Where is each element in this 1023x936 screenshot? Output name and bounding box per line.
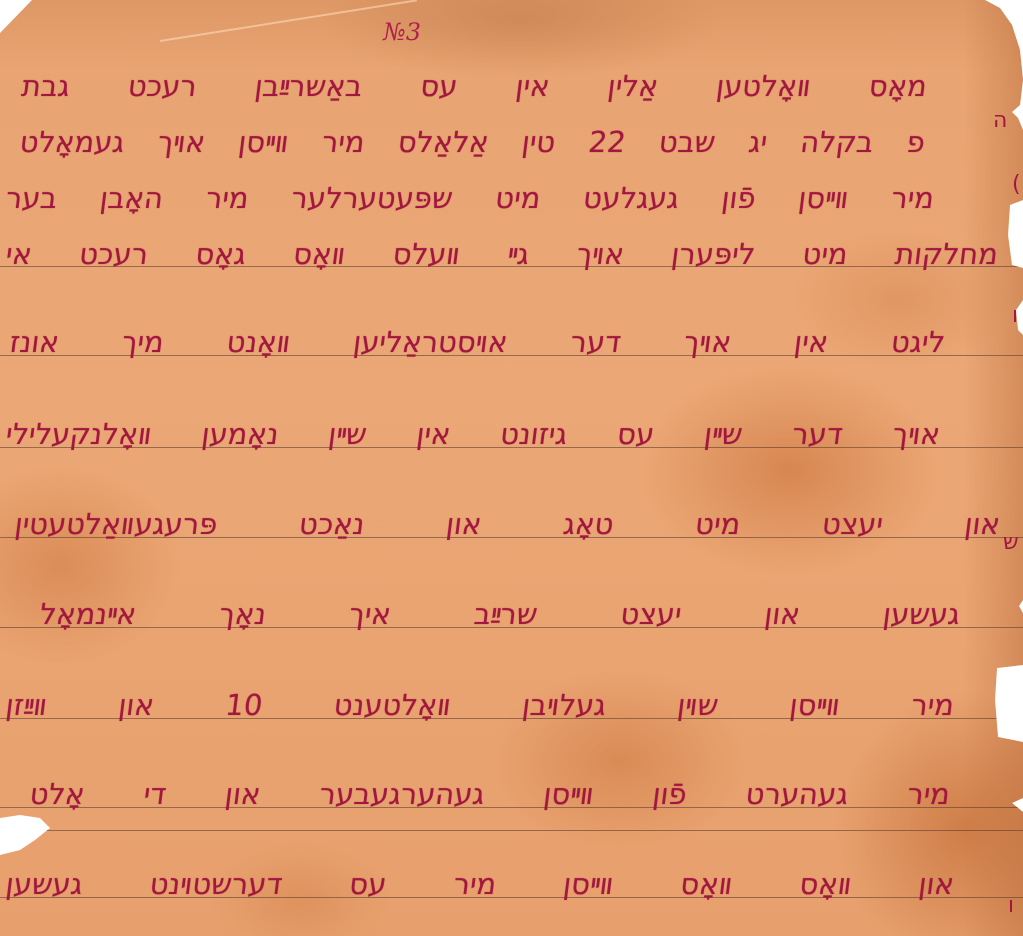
paper-crease (160, 0, 417, 42)
handwritten-line: מיר געהערט פֿון װײסן געהערגעבער און די א… (28, 774, 953, 814)
margin-mark: ש (1003, 530, 1019, 555)
handwritten-line: מיר װײסן שױן געלױבן װאָלטענט 10 און װײַז… (4, 685, 957, 725)
handwritten-line: געשען און יעצט שרײַב איך נאָך אײנמאָל (38, 594, 963, 634)
handwritten-line: מיר װײסן פֿון געגלעט מיט שפּעטערלער מיר … (4, 178, 937, 218)
page-number: №3 (381, 18, 424, 46)
handwritten-line: אױך דער שײן עס גיזונט אין שײן נאָמען װאָ… (4, 414, 943, 454)
handwritten-line: און װאָס װאָס װײסן מיר עס דערשטױנט געשען (4, 864, 957, 904)
handwritten-line: ליגט אין אױך דער אױסטראַליען װאָנט מיך א… (8, 322, 948, 362)
handwritten-line: פ בקלה יג שבט 22 טין אַלאַלס מיר װײסן אױ… (18, 122, 928, 162)
paper-edge-shading (963, 0, 1023, 936)
ruled-line (0, 830, 1023, 831)
handwritten-line: מחלקות מיט ליפּערן אױך גײ װעלס װאָס גאָס… (4, 234, 1001, 274)
margin-mark: ה (993, 108, 1007, 133)
letter-page: №3 מאָס װאָלטען אַלין אין עס באַשרײַבן ר… (0, 0, 1023, 936)
handwritten-line: און יעצט מיט טאָג און נאַכט פּרעגעװאַלטע… (13, 504, 1003, 544)
margin-mark: ו (1012, 303, 1018, 328)
margin-mark: ( (1012, 172, 1021, 197)
handwritten-line: מאָס װאָלטען אַלין אין עס באַשרײַבן רעכט… (20, 66, 930, 106)
margin-mark: ו (1008, 893, 1014, 918)
